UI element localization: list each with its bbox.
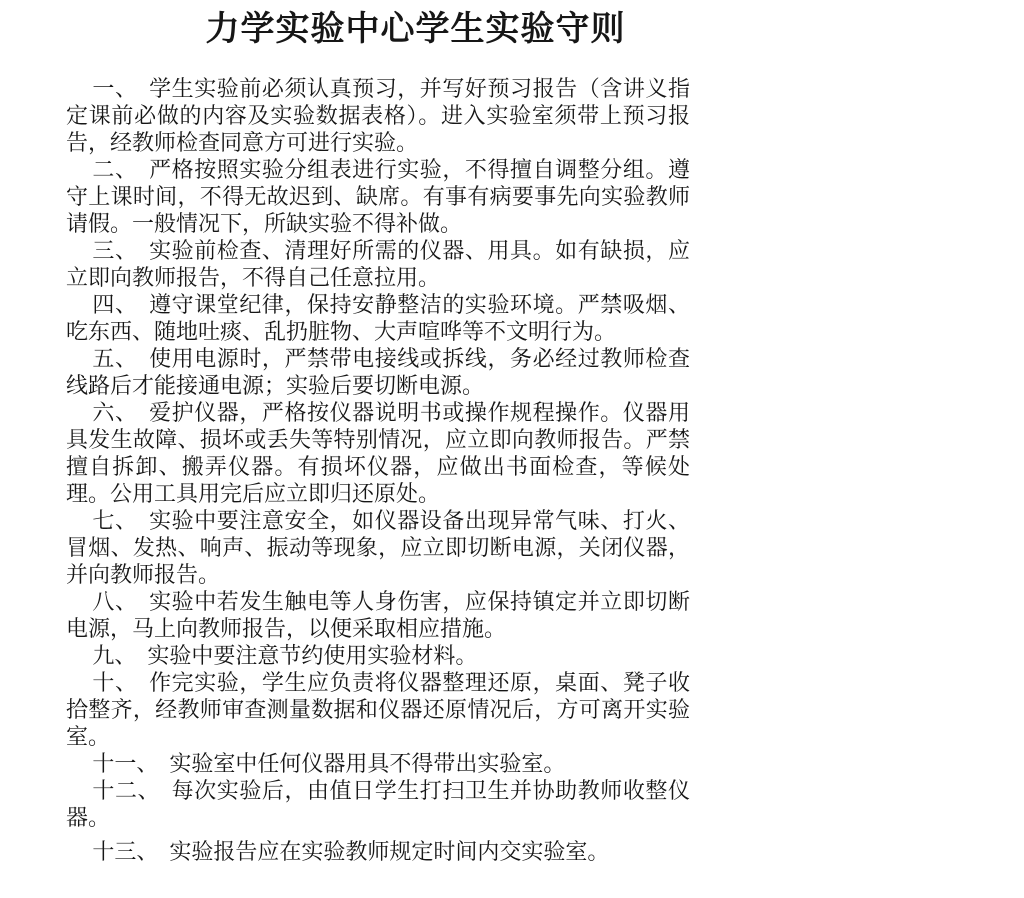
rule-paragraph-4: 四、 遵守课堂纪律，保持安静整洁的实验环境。严禁吸烟、吃东西、随地吐痰、乱扔脏物… bbox=[66, 292, 690, 346]
rule-paragraph-8: 八、 实验中若发生触电等人身伤害，应保持镇定并立即切断电源，马上向教师报告，以便… bbox=[66, 589, 690, 643]
rule-paragraph-11: 十一、 实验室中任何仪器用具不得带出实验室。 bbox=[66, 751, 690, 778]
rule-paragraph-6: 六、 爱护仪器，严格按仪器说明书或操作规程操作。仪器用具发生故障、损坏或丢失等特… bbox=[66, 400, 690, 508]
rule-paragraph-1: 一、 学生实验前必须认真预习，并写好预习报告（含讲义指定课前必做的内容及实验数据… bbox=[66, 76, 690, 157]
rule-paragraph-3: 三、 实验前检查、清理好所需的仪器、用具。如有缺损，应立即向教师报告，不得自己任… bbox=[66, 238, 690, 292]
document-title: 力学实验中心学生实验守则 bbox=[68, 8, 763, 50]
rule-paragraph-10: 十、 作完实验，学生应负责将仪器整理还原，桌面、凳子收拾整齐，经教师审查测量数据… bbox=[66, 670, 690, 751]
rule-paragraph-2: 二、 严格按照实验分组表进行实验，不得擅自调整分组。遵守上课时间，不得无故迟到、… bbox=[66, 157, 690, 238]
rule-paragraph-5: 五、 使用电源时，严禁带电接线或拆线，务必经过教师检查线路后才能接通电源；实验后… bbox=[66, 346, 690, 400]
rule-paragraph-12: 十二、 每次实验后，由值日学生打扫卫生并协助教师收整仪器。 bbox=[66, 778, 690, 832]
rule-paragraph-9: 九、 实验中要注意节约使用实验材料。 bbox=[66, 643, 690, 670]
rule-paragraph-7: 七、 实验中要注意安全，如仪器设备出现异常气味、打火、冒烟、发热、响声、振动等现… bbox=[66, 508, 690, 589]
document-body: 一、 学生实验前必须认真预习，并写好预习报告（含讲义指定课前必做的内容及实验数据… bbox=[66, 76, 690, 866]
rule-paragraph-13: 十三、 实验报告应在实验教师规定时间内交实验室。 bbox=[66, 839, 690, 866]
document-page: 力学实验中心学生实验守则 一、 学生实验前必须认真预习，并写好预习报告（含讲义指… bbox=[0, 0, 1024, 898]
